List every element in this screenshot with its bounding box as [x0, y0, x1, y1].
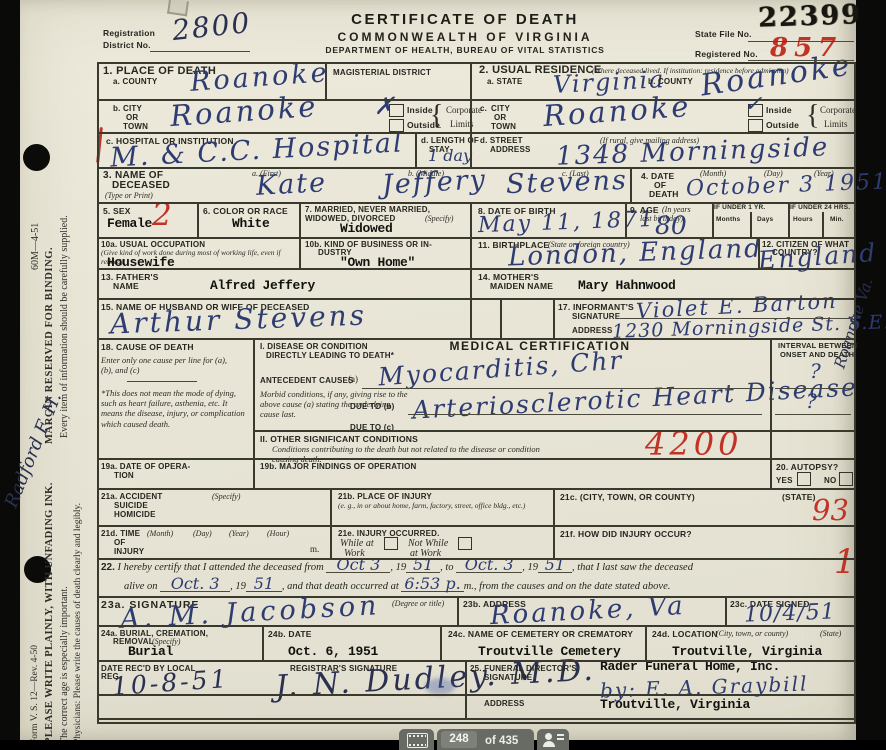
- field-8-value: May 11, 1871: [478, 210, 656, 236]
- grid-line: [822, 212, 824, 239]
- certify-from-year: 51: [406, 559, 440, 573]
- checkbox-2-outside[interactable]: [748, 119, 763, 132]
- underline: [362, 388, 762, 389]
- under-24hr-label: IF UNDER 24 HRS.: [790, 204, 850, 212]
- field-2a-label: a. STATE: [487, 77, 523, 87]
- registration-district-value: 2800: [171, 10, 252, 43]
- underline: [408, 414, 762, 415]
- certify-line-2: alive on Oct. 3, 1951, and that death oc…: [124, 578, 670, 596]
- field-1b-label-town: TOWN: [123, 122, 148, 132]
- field-21c-state-label: (STATE): [782, 492, 816, 503]
- checkbox-not-while-at-work[interactable]: [458, 537, 472, 550]
- filmstrip-icon: [407, 733, 428, 748]
- grid-line: [97, 268, 856, 270]
- margin-form-number: Form V. S. 12—Rev. 4-50: [30, 592, 40, 744]
- checkbox-autopsy-yes[interactable]: [797, 472, 811, 486]
- grid-line: [645, 625, 647, 662]
- grid-line: [330, 488, 332, 560]
- grid-line: [97, 558, 856, 560]
- days-label: Days: [757, 216, 773, 224]
- index-panel-button[interactable]: [537, 729, 569, 750]
- field-21f-red-mark: 1: [834, 545, 856, 579]
- field-14-value: Mary Hahnwood: [578, 278, 676, 294]
- field-3c-value: Stevens: [506, 169, 629, 198]
- page-navigation[interactable]: 248 of 435: [437, 729, 534, 750]
- checkbox-autopsy-no[interactable]: [839, 472, 853, 486]
- min-label: Min.: [830, 216, 844, 224]
- grid-line: [97, 298, 856, 300]
- certify-text-1: I hereby certify that I attended the dec…: [118, 562, 324, 573]
- field-21a-note: (Specify): [212, 492, 240, 502]
- certify-from-date: Oct 3: [326, 559, 390, 573]
- grid-line: [625, 202, 627, 239]
- page-total-label: of 435: [485, 736, 518, 748]
- field-2c-label-town: TOWN: [491, 122, 516, 132]
- grid-line: [97, 458, 856, 460]
- corporate-limits-1a: Corporate: [446, 105, 482, 115]
- field-18-note-1: Enter only one cause per line for (a), (…: [101, 355, 241, 375]
- grid-line: [770, 338, 772, 490]
- grid-line: [97, 625, 856, 627]
- grid-line: [97, 99, 856, 101]
- field-15-value: Arthur Stevens: [110, 303, 368, 337]
- field-24b-label: 24b. DATE: [268, 629, 312, 640]
- field-1d-value: 1 day: [428, 149, 472, 163]
- grid-line: [97, 694, 856, 696]
- field-13-value: Alfred Jeffery: [210, 278, 315, 294]
- autopsy-yes-label: YES: [776, 476, 793, 486]
- margin-form-code: 60M—4-51: [30, 110, 41, 270]
- field-1b-letter: b.: [113, 104, 121, 114]
- field-23c-value: 10/4/51: [744, 602, 836, 625]
- field-18-note-2: *This does not mean the mode of dying, s…: [101, 388, 249, 429]
- antecedent-label: ANTECEDENT CAUSES: [260, 376, 354, 386]
- certify-text-4: , 19: [522, 562, 538, 573]
- grid-line: [97, 237, 856, 239]
- field-19b-label: 19b. MAJOR FINDINGS OF OPERATION: [260, 462, 417, 472]
- field-4-label-3: DEATH: [649, 189, 679, 200]
- grid-line: [253, 338, 255, 490]
- grid-line: [97, 718, 856, 720]
- grid-line: [97, 62, 856, 64]
- registered-no-label: Registered No.: [695, 49, 758, 60]
- grid-line: [470, 202, 472, 340]
- certify-alive-date: Oct. 3: [160, 578, 230, 592]
- underline: [620, 318, 850, 319]
- field-5-value: Female: [107, 216, 152, 232]
- field-2b-label: b. COUNTY: [648, 77, 693, 87]
- certificate-dept: DEPARTMENT OF HEALTH, BUREAU OF VITAL ST…: [300, 46, 630, 55]
- field-3b-value: Jeffery: [381, 168, 487, 198]
- field-21c-red-number: 93: [812, 496, 849, 525]
- grid-line: [197, 202, 199, 239]
- grid-line: [97, 488, 856, 490]
- outside-label-2: Outside: [766, 120, 799, 131]
- field-21d-m: m.: [310, 544, 319, 554]
- grid-line: [465, 660, 467, 720]
- grid-line: [553, 488, 555, 560]
- person-list-icon: [545, 733, 552, 740]
- field-21d-year: (Year): [229, 529, 249, 539]
- certify-text-6: alive on: [124, 581, 158, 592]
- grid-line: [440, 625, 442, 662]
- months-label: Months: [716, 216, 740, 224]
- field-24d-state-note: (State): [820, 629, 841, 639]
- person-list-icon-lines: [557, 734, 564, 736]
- certify-no: 22.: [101, 562, 115, 573]
- grid-line: [500, 298, 502, 340]
- field-21d-month: (Month): [147, 529, 173, 539]
- grid-line: [470, 62, 472, 169]
- due-to-b-label: DUE TO (b): [350, 402, 395, 412]
- field-19a-label-2: TION: [114, 471, 134, 481]
- field-24d-note: (City, town, or county): [716, 629, 788, 639]
- grid-line: [457, 596, 459, 627]
- field-24c-label: 24c. NAME OF CEMETERY OR CREMATORY: [448, 629, 633, 640]
- grid-line: [854, 62, 856, 724]
- field-3a-value: Kate: [255, 171, 327, 199]
- field-6-value: White: [232, 216, 270, 232]
- field-24d-value: Troutville, Virginia: [672, 644, 822, 660]
- certify-death-time: 6:53 p.: [401, 578, 463, 592]
- field-5-red-mark: 2: [152, 200, 172, 231]
- grid-line: [97, 202, 856, 204]
- field-ii-red-number: 4200: [645, 428, 742, 460]
- field-3-note: (Type or Print): [105, 191, 153, 201]
- grid-line: [97, 660, 856, 662]
- interval-b-value: ?: [806, 392, 817, 410]
- inside-label-1: Inside: [407, 105, 433, 116]
- underline: [150, 51, 250, 52]
- grid-line: [97, 722, 856, 724]
- grid-line: [262, 625, 264, 662]
- page-number-input[interactable]: 248: [441, 731, 477, 748]
- grid-line: [415, 132, 417, 169]
- corporate-limits-2b: Limits: [824, 119, 848, 129]
- field-24d-label: 24d. LOCATION: [652, 629, 718, 640]
- registration-district-label-2: District No.: [103, 40, 151, 51]
- grid-line: [97, 525, 856, 527]
- state-file-label: State File No.: [695, 29, 752, 40]
- grid-line: [97, 338, 856, 340]
- interval-label-1: INTERVAL BETWEEN: [778, 341, 857, 350]
- grid-line: [788, 202, 790, 239]
- margin-plainly-note: PLEASE WRITE PLAINLY, WITH UNFADING INK.: [44, 444, 55, 744]
- grid-line: [325, 62, 327, 101]
- field-13-label-2: NAME: [113, 281, 139, 292]
- corporate-limits-2a: Corporate: [820, 105, 856, 115]
- checkbox-2-inside-mark: ✓: [744, 95, 762, 115]
- brace-2: {: [806, 100, 819, 132]
- underline: [748, 60, 854, 61]
- grid-line: [97, 596, 856, 598]
- magisterial-district-label: MAGISTERIAL DISTRICT: [333, 68, 431, 78]
- grid-line: [725, 596, 727, 627]
- certify-text-7: , 19: [230, 581, 246, 592]
- grid-line: [712, 202, 714, 239]
- filmstrip-button[interactable]: [399, 729, 434, 750]
- field-21d-day: (Day): [193, 529, 212, 539]
- certify-text-2: , 19: [390, 562, 406, 573]
- certify-text-3: , to: [440, 562, 453, 573]
- certify-to-date: Oct. 3: [456, 559, 522, 573]
- checkbox-while-at-work[interactable]: [384, 537, 398, 550]
- field-25-address-label: ADDRESS: [484, 699, 525, 709]
- field-24b-value: Oct. 6, 1951: [288, 644, 378, 660]
- ink-smudge: [425, 678, 455, 695]
- field-21b-note: (e. g., in or about home, farm, factory,…: [338, 501, 538, 510]
- grid-line: [758, 237, 760, 270]
- field-2c-letter: c.: [480, 104, 487, 114]
- field-7-value: Widowed: [340, 221, 393, 237]
- field-14-label-2: MAIDEN NAME: [490, 281, 553, 292]
- margin-physicians-note: Physicians: Please write the causes of d…: [73, 330, 83, 744]
- grid-line: [750, 212, 752, 239]
- field-i-label-2: DIRECTLY LEADING TO DEATH*: [266, 351, 394, 361]
- certificate-title: CERTIFICATE OF DEATH: [300, 12, 630, 27]
- field-21a-label-3: HOMICIDE: [114, 510, 156, 520]
- underline: [127, 381, 197, 382]
- field-21d-hour: (Hour): [267, 529, 289, 539]
- inside-label-2: Inside: [766, 105, 792, 116]
- underline: [748, 41, 854, 42]
- grid-line: [553, 298, 555, 340]
- grid-line: [253, 430, 856, 432]
- field-25-address-value: Troutville, Virginia: [600, 697, 750, 713]
- interval-label-2: ONSET AND DEATH: [780, 350, 854, 359]
- grid-line: [97, 62, 99, 724]
- field-21f-label: 21f. HOW DID INJURY OCCUR?: [560, 529, 692, 540]
- field-21c-label: 21c. (CITY, TOWN, OR COUNTY): [560, 492, 695, 503]
- grid-line: [630, 167, 632, 204]
- grid-line: [97, 167, 856, 169]
- field-25-label-2: SIGNATURE: [484, 673, 532, 683]
- registration-district-label-1: Registration: [103, 28, 155, 39]
- certificate-subtitle: COMMONWEALTH OF VIRGINIA: [300, 31, 630, 43]
- field-24a-value: Burial: [128, 644, 173, 660]
- document-scan-viewer: 60M—4-51 MARGIN RESERVED FOR BINDING. Ev…: [0, 0, 886, 750]
- field-21d-label-3: INJURY: [114, 547, 144, 557]
- field-7-note: (Specify): [425, 214, 453, 224]
- certify-alive-year: 51: [246, 578, 282, 592]
- grid-line: [299, 202, 301, 239]
- grid-line: [299, 237, 301, 270]
- margin-age-note: The correct age is especially important.: [59, 470, 70, 744]
- field-9-value: 80: [655, 215, 687, 238]
- underline: [775, 388, 851, 389]
- certify-text-5: , that I last saw the deceased: [572, 562, 693, 573]
- field-23a-note: (Degree or title): [392, 599, 444, 609]
- person-list-icon-body: [543, 741, 555, 747]
- autopsy-no-label: NO: [824, 476, 836, 486]
- interval-a-value: ?: [810, 362, 821, 380]
- field-2d-label-2: ADDRESS: [490, 145, 531, 155]
- hours-label: Hours: [793, 216, 813, 224]
- field-18-label: 18. CAUSE OF DEATH: [101, 342, 194, 353]
- certify-to-year: 51: [538, 559, 572, 573]
- field-1a-label: a. COUNTY: [113, 77, 157, 87]
- file-number-stamp: 22399: [758, 1, 863, 32]
- underline: [775, 414, 851, 415]
- certify-text-8: , and that death occurred at: [282, 581, 399, 592]
- under-1yr-label: IF UNDER 1 YR.: [714, 204, 765, 212]
- grid-line: [97, 132, 856, 134]
- brace-1: {: [430, 100, 443, 132]
- field-17-addr-label: ADDRESS: [572, 326, 613, 336]
- certify-text-9: m., from the causes and on the date stat…: [464, 581, 671, 592]
